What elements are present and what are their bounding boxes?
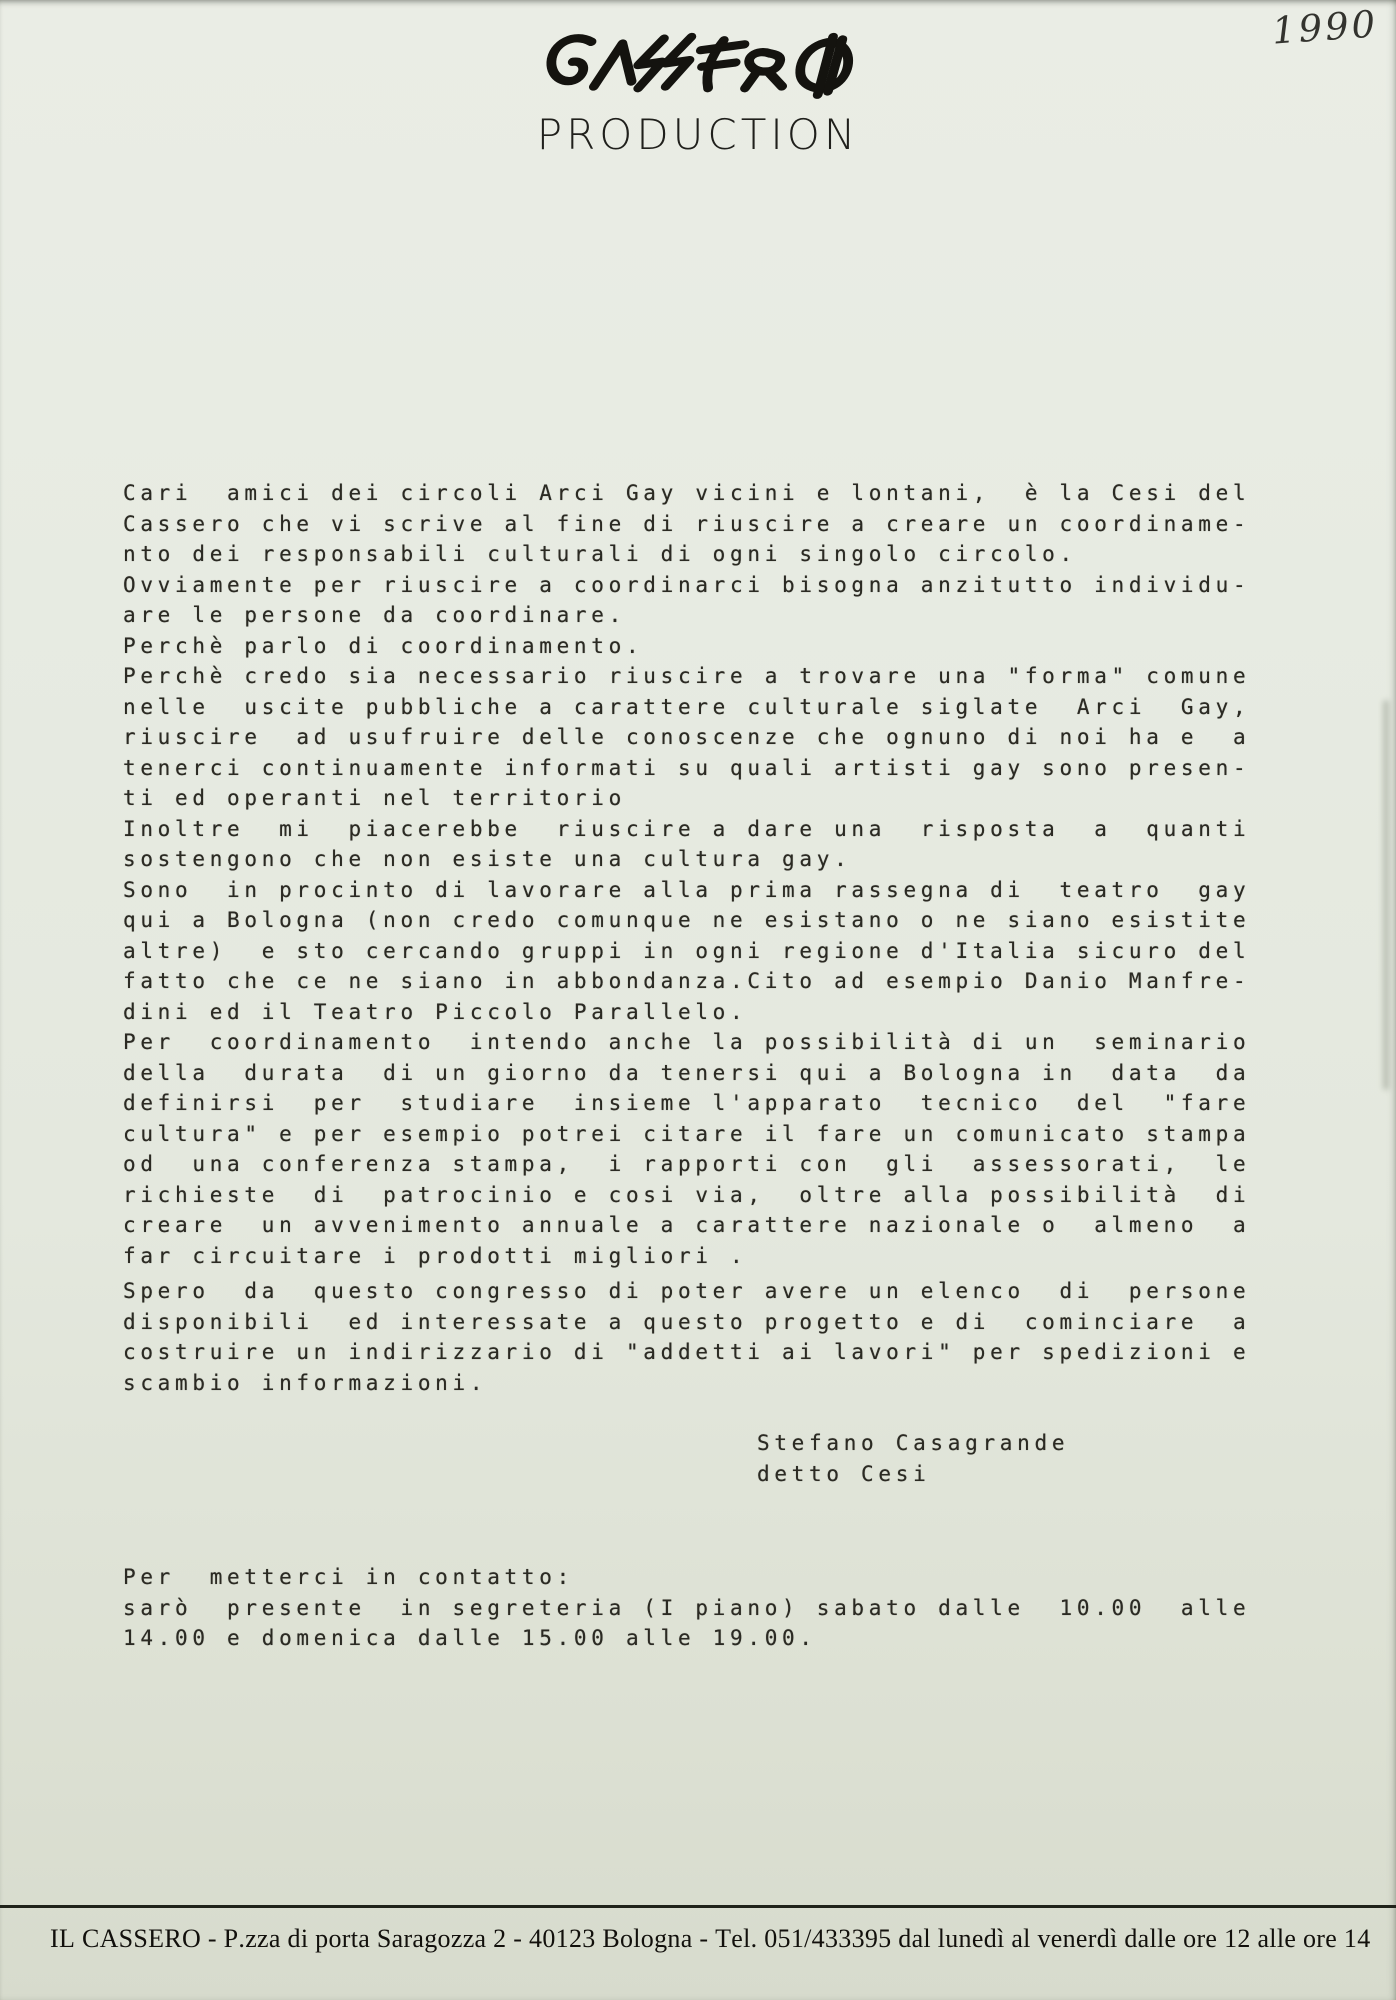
cassero-logo-glyphs	[533, 32, 863, 108]
letter-line: cultura" e per esempio potrei citare il …	[123, 1119, 1250, 1150]
contact-line: Per metterci in contatto:	[123, 1562, 1250, 1593]
letter-body: Cari amici dei circoli Arci Gay vicini e…	[123, 478, 1250, 1271]
letter-line: dini ed il Teatro Piccolo Parallelo.	[123, 997, 1250, 1028]
letter-line: tenerci continuamente informati su quali…	[123, 753, 1250, 784]
scan-edge-smudge	[1383, 700, 1389, 1090]
letter-line: scambio informazioni.	[123, 1368, 1250, 1399]
logo-subtitle: PRODUCTION	[0, 110, 1396, 159]
letter-line: Perchè credo sia necessario riuscire a t…	[123, 661, 1250, 692]
cassero-logo: PRODUCTION	[0, 32, 1396, 159]
letter-line: Cari amici dei circoli Arci Gay vicini e…	[123, 478, 1250, 509]
letter-line: Per coordinamento intendo anche la possi…	[123, 1027, 1250, 1058]
signature-block: Stefano Casagrandedetto Cesi	[757, 1428, 1069, 1489]
letter-line: riuscire ad usufruire delle conoscenze c…	[123, 722, 1250, 753]
letter-line: od una conferenza stampa, i rapporti con…	[123, 1149, 1250, 1180]
contact-line: sarò presente in segreteria (I piano) sa…	[123, 1593, 1250, 1624]
letter-line: definirsi per studiare insieme l'apparat…	[123, 1088, 1250, 1119]
contact-block: Per metterci in contatto:sarò presente i…	[123, 1562, 1250, 1654]
letter-line: costruire un indirizzario di "addetti ai…	[123, 1337, 1250, 1368]
letter-line: Spero da questo congresso di poter avere…	[123, 1276, 1250, 1307]
letter-page: PRODUCTION 1990 Cari amici dei circoli A…	[0, 0, 1396, 2000]
handwritten-year: 1990	[1271, 2, 1380, 52]
letter-line: richieste di patrocinio e cosi via, oltr…	[123, 1180, 1250, 1211]
letter-line: Ovviamente per riuscire a coordinarci bi…	[123, 570, 1250, 601]
letter-line: nelle uscite pubbliche a carattere cultu…	[123, 692, 1250, 723]
letter-line: far circuitare i prodotti migliori .	[123, 1241, 1250, 1272]
contact-line: 14.00 e domenica dalle 15.00 alle 19.00.	[123, 1623, 1250, 1654]
letter-line: altre) e sto cercando gruppi in ogni reg…	[123, 936, 1250, 967]
letter-line: Inoltre mi piacerebbe riuscire a dare un…	[123, 814, 1250, 845]
letter-line: are le persone da coordinare.	[123, 600, 1250, 631]
letter-line: Cassero che vi scrive al fine di riuscir…	[123, 509, 1250, 540]
letter-line: creare un avvenimento annuale a caratter…	[123, 1210, 1250, 1241]
letter-line: della durata di un giorno da tenersi qui…	[123, 1058, 1250, 1089]
letter-closing: Spero da questo congresso di poter avere…	[123, 1276, 1250, 1398]
letter-line: sostengono che non esiste una cultura ga…	[123, 844, 1250, 875]
letter-line: qui a Bologna (non credo comunque ne esi…	[123, 905, 1250, 936]
letter-line: nto dei responsabili culturali di ogni s…	[123, 539, 1250, 570]
letter-line: ti ed operanti nel territorio	[123, 783, 1250, 814]
signature-line: Stefano Casagrande	[757, 1428, 1069, 1459]
letter-line: fatto che ce ne siano in abbondanza.Cito…	[123, 966, 1250, 997]
letter-line: Sono in procinto di lavorare alla prima …	[123, 875, 1250, 906]
footer-text: IL CASSERO - P.zza di porta Saragozza 2 …	[50, 1924, 1380, 1954]
letter-line: Perchè parlo di coordinamento.	[123, 631, 1250, 662]
footer-divider	[0, 1905, 1396, 1908]
letter-line: disponibili ed interessate a questo prog…	[123, 1307, 1250, 1338]
signature-line: detto Cesi	[757, 1459, 1069, 1490]
